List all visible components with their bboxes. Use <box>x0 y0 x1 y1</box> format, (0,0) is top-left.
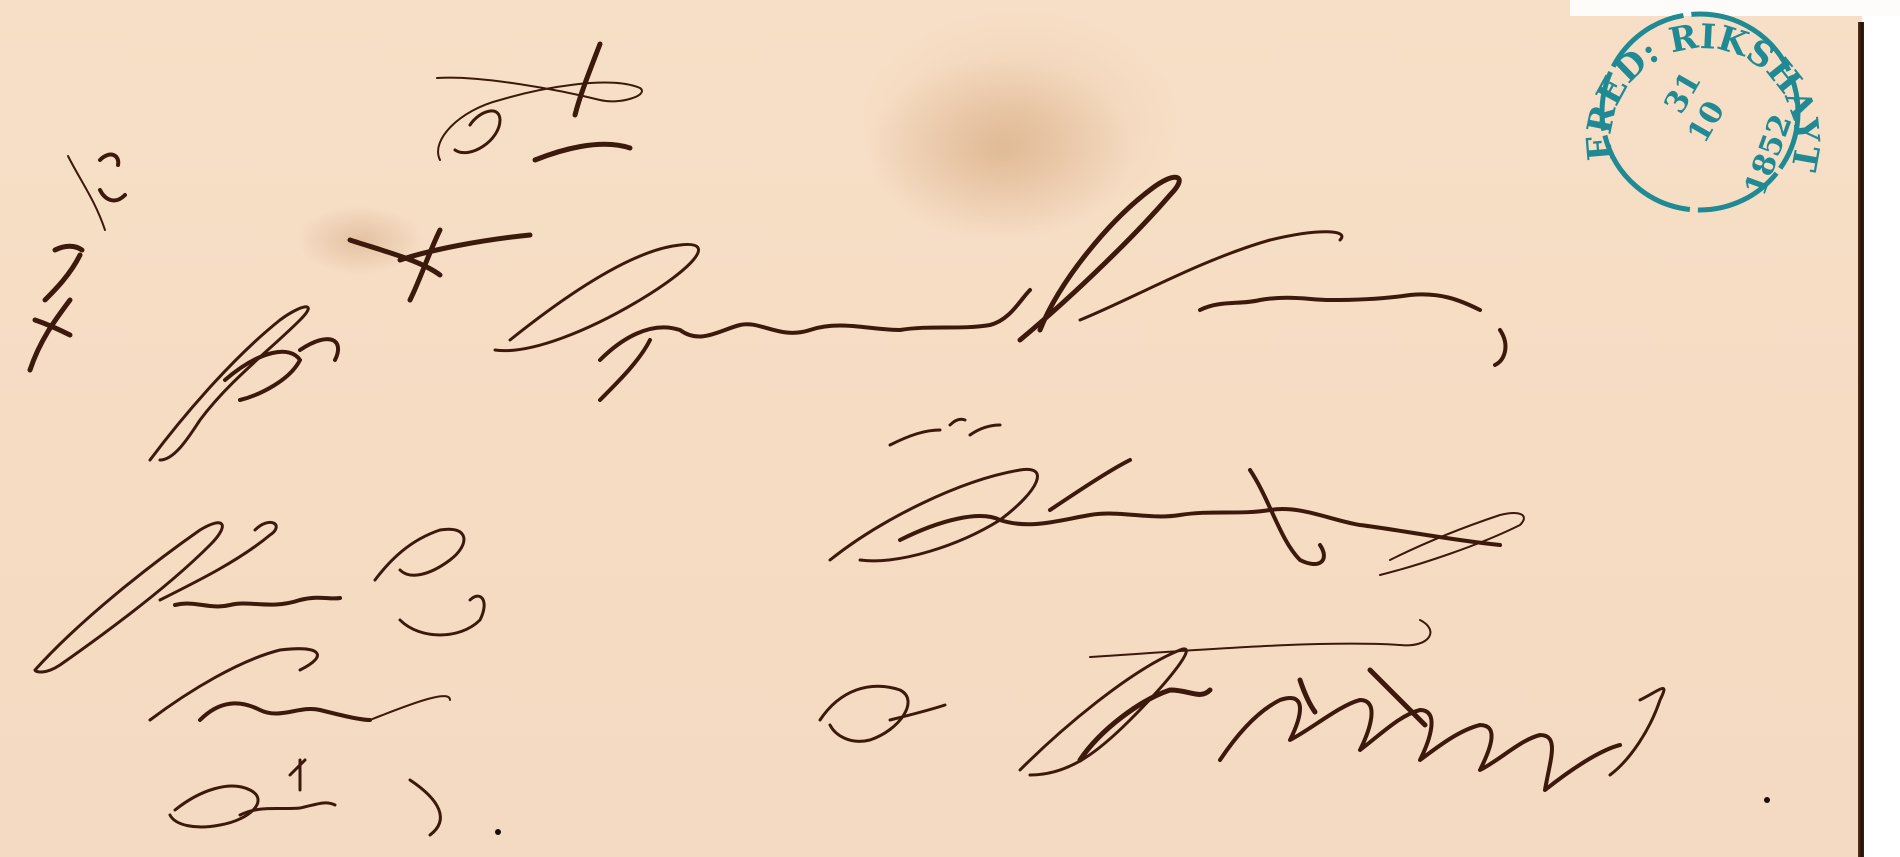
postmark-stamp: FRED: RIKSHAYT 31 10 1852 <box>1579 14 1826 210</box>
envelope-cover: FRED: RIKSHAYT 31 10 1852 <box>0 0 1862 857</box>
svg-text:FRED: RIKSHAYT: FRED: RIKSHAYT <box>1579 17 1826 175</box>
period-mark <box>1764 797 1770 803</box>
postmark-town: FRED: RIKSHAYT <box>1579 17 1826 175</box>
address-til <box>437 44 642 160</box>
handwriting-layer: FRED: RIKSHAYT 31 10 1852 <box>0 0 1900 857</box>
cross-mark <box>350 230 530 300</box>
